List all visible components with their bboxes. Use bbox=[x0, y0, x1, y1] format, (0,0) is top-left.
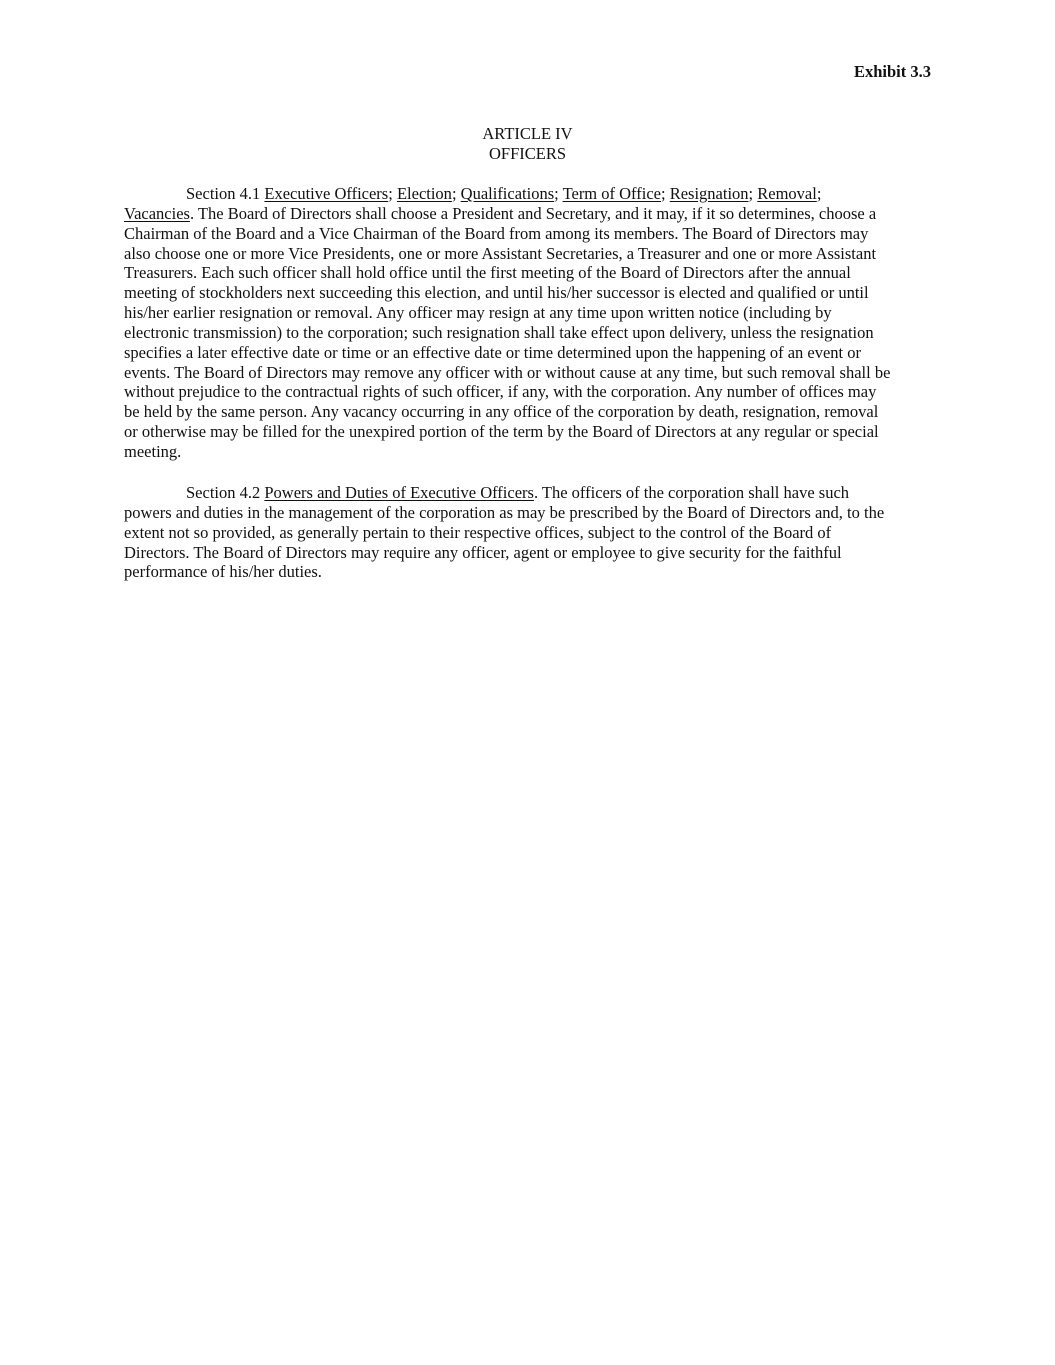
paragraph-line: meeting of stockholders next succeeding … bbox=[124, 283, 934, 303]
paragraph-line: powers and duties in the management of t… bbox=[124, 503, 934, 523]
section-4-1: Section 4.1 Executive Officers; Election… bbox=[124, 184, 934, 462]
paragraph-line: specifies a later effective date or time… bbox=[124, 343, 934, 363]
paragraph-line: extent not so provided, as generally per… bbox=[124, 523, 934, 543]
section-heading: Term of Office bbox=[563, 184, 661, 203]
section-4-2: Section 4.2 Powers and Duties of Executi… bbox=[124, 483, 934, 582]
paragraph-line: Chairman of the Board and a Vice Chairma… bbox=[124, 224, 934, 244]
exhibit-label: Exhibit 3.3 bbox=[854, 62, 931, 82]
paragraph-line: be held by the same person. Any vacancy … bbox=[124, 402, 934, 422]
section-heading: Executive Officers bbox=[264, 184, 388, 203]
section-4-1-first-line: Section 4.1 Executive Officers; Election… bbox=[124, 184, 934, 204]
section-heading: Powers and Duties of Executive Officers bbox=[264, 483, 534, 502]
paragraph-line: Vacancies. The Board of Directors shall … bbox=[124, 204, 934, 224]
paragraph-line: also choose one or more Vice Presidents,… bbox=[124, 244, 934, 264]
section-heading: Vacancies bbox=[124, 204, 190, 223]
paragraph-line: his/her earlier resignation or removal. … bbox=[124, 303, 934, 323]
paragraph-line: events. The Board of Directors may remov… bbox=[124, 363, 934, 383]
section-heading: Election bbox=[397, 184, 452, 203]
section-4-2-first-line: Section 4.2 Powers and Duties of Executi… bbox=[124, 483, 934, 503]
section-heading: Resignation bbox=[670, 184, 749, 203]
paragraph-line: meeting. bbox=[124, 442, 934, 462]
paragraph-line: or otherwise may be filled for the unexp… bbox=[124, 422, 934, 442]
article-number: ARTICLE IV bbox=[0, 124, 1055, 144]
section-heading: Qualifications bbox=[461, 184, 554, 203]
paragraph-line: performance of his/her duties. bbox=[124, 562, 934, 582]
section-heading: Removal bbox=[757, 184, 817, 203]
paragraph-line: without prejudice to the contractual rig… bbox=[124, 382, 934, 402]
paragraph-line: electronic transmission) to the corporat… bbox=[124, 323, 934, 343]
section-number: Section 4.1 bbox=[186, 184, 260, 203]
article-title: OFFICERS bbox=[0, 144, 1055, 164]
paragraph-line: Directors. The Board of Directors may re… bbox=[124, 543, 934, 563]
paragraph-line: Treasurers. Each such officer shall hold… bbox=[124, 263, 934, 283]
section-number: Section 4.2 bbox=[186, 483, 260, 502]
